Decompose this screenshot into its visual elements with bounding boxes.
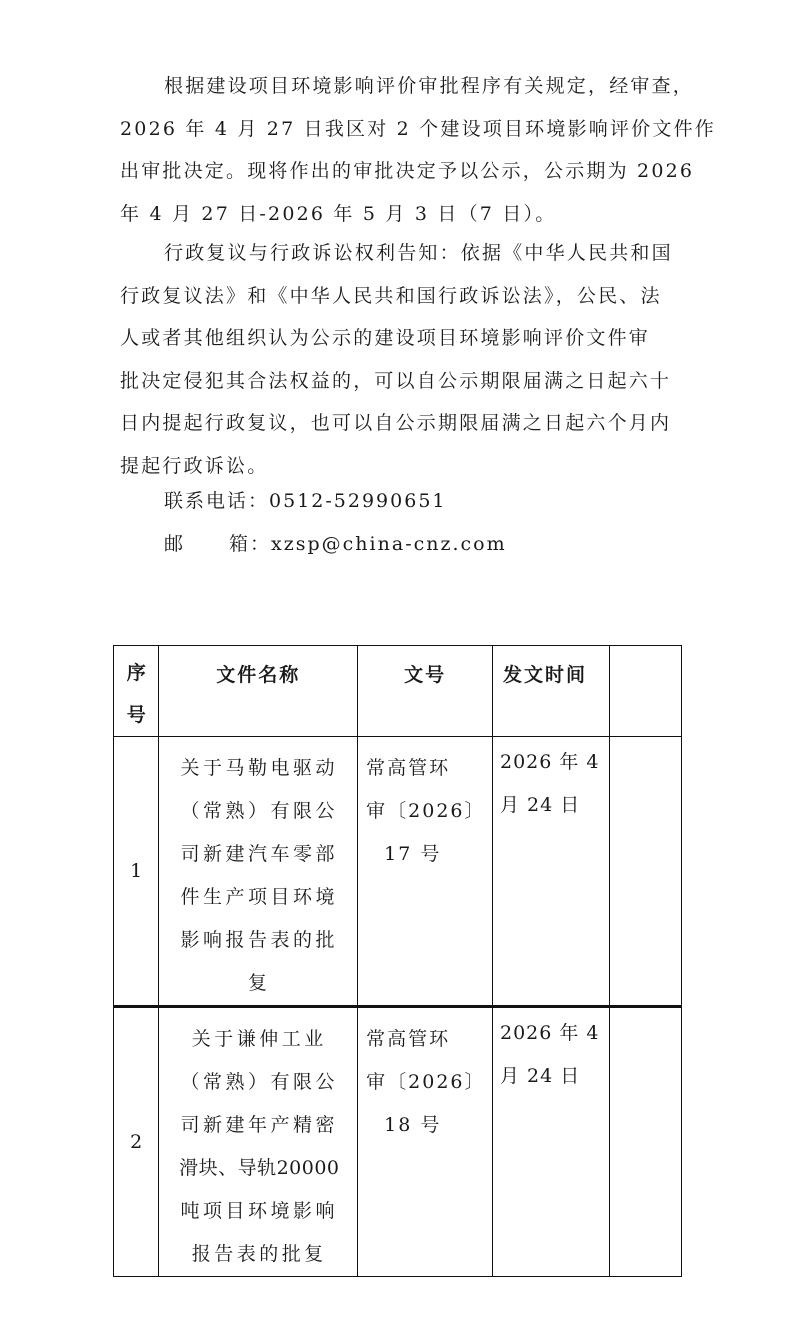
text-line: 提起行政诉讼。: [120, 445, 680, 488]
text-line: 行政复议与行政诉讼权利告知：依据《中华人民共和国: [120, 232, 680, 275]
email-label-a: 邮: [164, 533, 185, 555]
text-line: 人或者其他组织认为公示的建设项目环境影响评价文件审: [120, 317, 680, 360]
row-seq: 1: [114, 737, 159, 1007]
header-seq: 序 号: [114, 646, 159, 737]
approval-table: 序 号 文件名称 文号 发文时间 1 关于马勒电驱动 （常熟）有限公 司新建汽车…: [113, 645, 682, 1277]
contact-phone: 联系电话：0512-52990651: [164, 486, 447, 513]
email-label-b: 箱：: [229, 533, 271, 555]
notice-paragraph-2: 行政复议与行政诉讼权利告知：依据《中华人民共和国 行政复议法》和《中华人民共和国…: [120, 232, 680, 487]
text-line: 年 4 月 27 日-2026 年 5 月 3 日（7 日）。: [120, 193, 680, 236]
row-doc-number: 常高管环 审〔2026〕 17 号: [358, 737, 493, 1007]
text-line: 批决定侵犯其合法权益的，可以自公示期限届满之日起六十: [120, 360, 680, 403]
row-file-name: 关于谦伸工业 （常熟）有限公 司新建年产精密 滑块、导轨20000 吨项目环境影…: [159, 1007, 358, 1277]
row-issue-date: 2026 年 4 月 24 日: [492, 737, 609, 1007]
text-line: 出审批决定。现将作出的审批决定予以公示，公示期为 2026: [120, 150, 680, 193]
contact-email: 邮箱：xzsp@china-cnz.com: [164, 529, 507, 556]
table-row: 1 关于马勒电驱动 （常熟）有限公 司新建汽车零部 件生产项目环境 影响报告表的…: [114, 737, 682, 1007]
email-address: xzsp@china-cnz.com: [271, 533, 507, 555]
notice-paragraph-1: 根据建设项目环境影响评价审批程序有关规定，经审查， 2026 年 4 月 27 …: [120, 65, 680, 235]
row-issue-date: 2026 年 4 月 24 日: [492, 1007, 609, 1277]
row-doc-number: 常高管环 审〔2026〕 18 号: [358, 1007, 493, 1277]
row-seq: 2: [114, 1007, 159, 1277]
row-file-name: 关于马勒电驱动 （常熟）有限公 司新建汽车零部 件生产项目环境 影响报告表的批 …: [159, 737, 358, 1007]
header-issue-date: 发文时间: [492, 646, 609, 737]
row-extra: [609, 1007, 681, 1277]
phone-label: 联系电话：: [164, 490, 269, 512]
text-line: 2026 年 4 月 27 日我区对 2 个建设项目环境影响评价文件作: [120, 108, 680, 151]
header-extra: [609, 646, 681, 737]
text-line: 日内提起行政复议，也可以自公示期限届满之日起六个月内: [120, 402, 680, 445]
header-doc-number: 文号: [358, 646, 493, 737]
phone-number: 0512-52990651: [269, 490, 446, 512]
row-extra: [609, 737, 681, 1007]
text-line: 行政复议法》和《中华人民共和国行政诉讼法》，公民、法: [120, 275, 680, 318]
table-header-row: 序 号 文件名称 文号 发文时间: [114, 646, 682, 737]
table-row: 2 关于谦伸工业 （常熟）有限公 司新建年产精密 滑块、导轨20000 吨项目环…: [114, 1007, 682, 1277]
text-line: 根据建设项目环境影响评价审批程序有关规定，经审查，: [120, 65, 680, 108]
header-file-name: 文件名称: [159, 646, 358, 737]
